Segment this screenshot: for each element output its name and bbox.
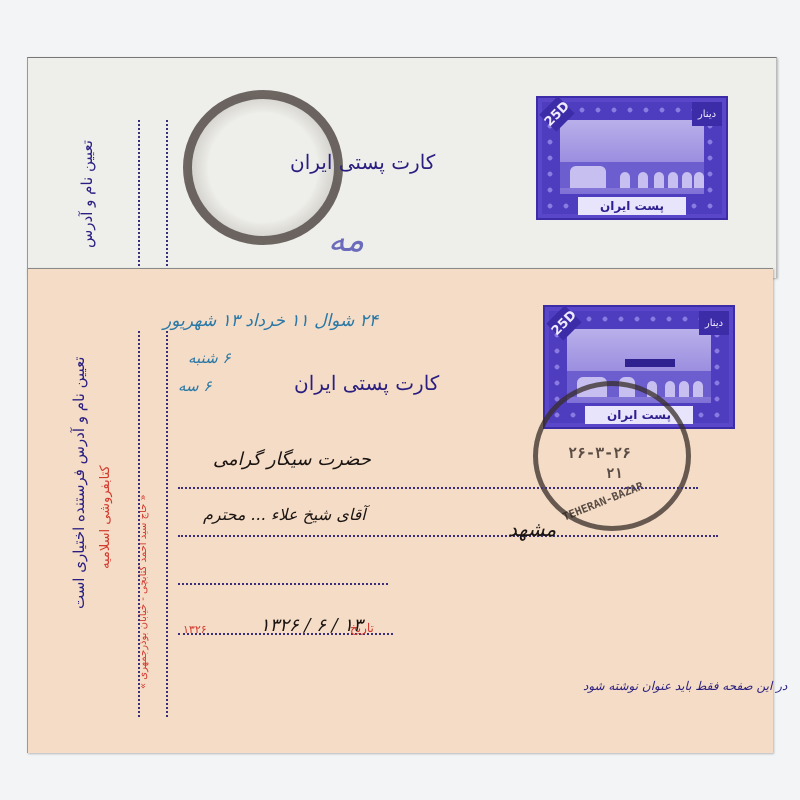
bottom-card-divider-left	[138, 331, 140, 717]
bottom-card-bookseller: کتابفروشی اسلامیه	[98, 465, 113, 569]
stamp-inscription: پست ایران	[578, 197, 686, 215]
address-recipient: حضرت سیگار گرامی	[213, 449, 371, 470]
postmark-number: ۲۱	[606, 466, 623, 482]
date-value: ۱۳ / ۶ / ۱۳۲۶	[260, 615, 363, 636]
top-card-divider-left	[138, 120, 140, 278]
address-line-2	[178, 535, 718, 537]
top-card-title: کارت پستی ایران	[290, 150, 435, 174]
bottom-card-sender-label: تعیین نام و آدرس فرستنده اختیاری است	[70, 357, 88, 609]
bottom-card-note-line3: ۶ سه	[178, 377, 211, 395]
bottom-card-divider-right	[166, 331, 168, 717]
top-card-sender-label: تعیین نام و آدرس	[78, 140, 96, 248]
postmark-date: ۲۶-۳-۲۶	[568, 444, 631, 462]
date-year-printed: ۱۳۲۶	[183, 623, 207, 636]
top-card-handwriting: مه	[328, 220, 364, 260]
bottom-card-note-line2: ۶ شنبه	[188, 349, 231, 367]
top-card-stamp: 25D دینار پست ایران	[536, 96, 728, 220]
address-line-1	[178, 487, 698, 489]
address-line-3	[178, 583, 388, 585]
stamp-currency: دینار	[699, 311, 729, 335]
postcard-top: تعیین نام و آدرس کارت پستی ایران مه 25D …	[27, 57, 777, 278]
top-card-divider-right	[166, 120, 168, 278]
bottom-card-title: کارت پستی ایران	[294, 371, 439, 395]
stamp-currency: دینار	[692, 102, 722, 126]
footer-note: در این صفحه فقط باید عنوان نوشته شود	[583, 679, 787, 693]
postcard-bottom: تعیین نام و آدرس فرستنده اختیاری است کتا…	[27, 268, 773, 753]
address-name: آقای شیخ علاء ... محترم	[203, 505, 366, 524]
address-city: مشهد	[508, 517, 556, 541]
bottom-card-note-line1: ۲۴ شوال ۱۱ خرداد ۱۳ شهریور	[163, 311, 378, 331]
